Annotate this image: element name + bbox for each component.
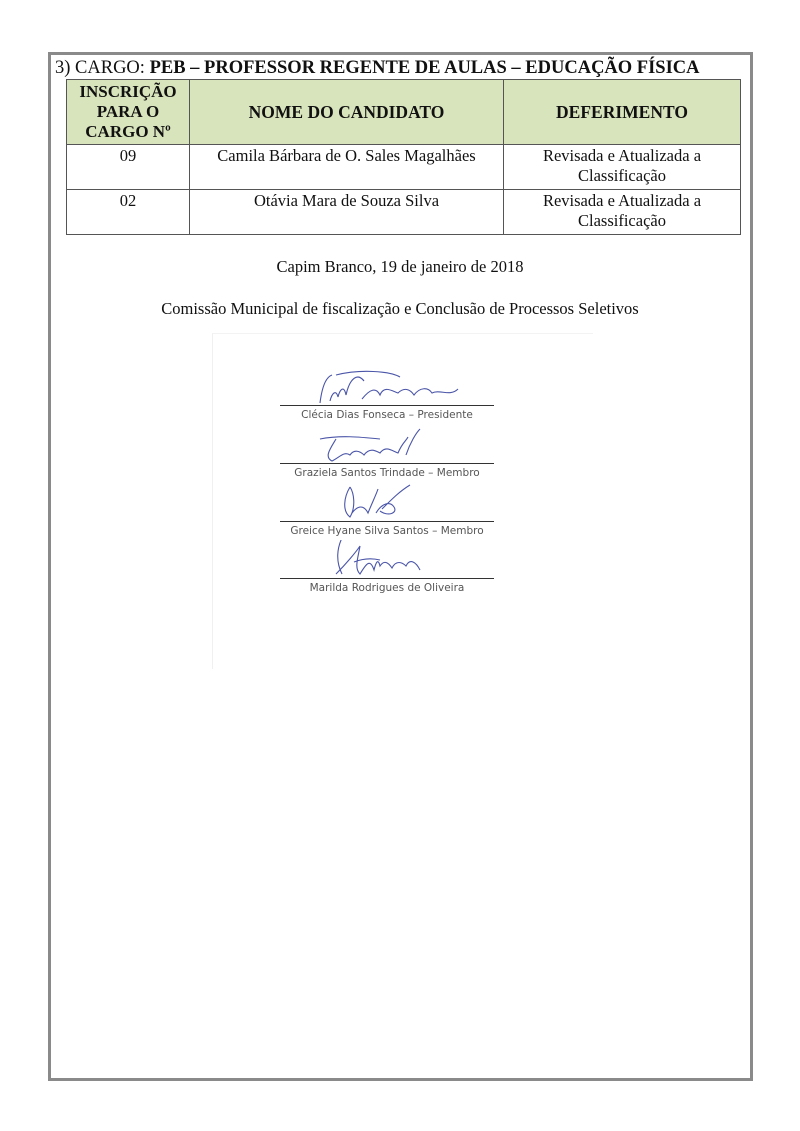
deferimento-line: Revisada e Atualizada a: [508, 146, 736, 166]
header-line: INSCRIÇÃO: [71, 82, 185, 102]
cell-deferimento: Revisada e Atualizada a Classificação: [504, 190, 741, 235]
results-table: INSCRIÇÃO PARA O CARGO Nº NOME DO CANDID…: [66, 79, 741, 235]
handwritten-signature-icon: [280, 483, 494, 523]
signatory-name: Clécia Dias Fonseca – Presidente: [280, 409, 494, 421]
table-header-row: INSCRIÇÃO PARA O CARGO Nº NOME DO CANDID…: [67, 80, 741, 145]
cargo-prefix: 3) CARGO:: [55, 58, 150, 78]
signature-block: Clécia Dias Fonseca – Presidente: [280, 405, 494, 421]
handwritten-signature-icon: [280, 425, 494, 465]
place-date: Capim Branco, 19 de janeiro de 2018: [0, 257, 800, 277]
header-line: PARA O: [71, 102, 185, 122]
cell-nome: Otávia Mara de Souza Silva: [190, 190, 504, 235]
deferimento-line: Revisada e Atualizada a: [508, 191, 736, 211]
handwritten-signature-icon: [280, 540, 494, 580]
header-nome: NOME DO CANDIDATO: [190, 80, 504, 145]
signatory-name: Greice Hyane Silva Santos – Membro: [280, 525, 494, 537]
deferimento-line: Classificação: [508, 166, 736, 186]
cell-nome: Camila Bárbara de O. Sales Magalhães: [190, 145, 504, 190]
deferimento-line: Classificação: [508, 211, 736, 231]
signatory-name: Graziela Santos Trindade – Membro: [280, 467, 494, 479]
header-deferimento: DEFERIMENTO: [504, 80, 741, 145]
signature-block: Graziela Santos Trindade – Membro: [280, 463, 494, 479]
cell-inscricao: 09: [67, 145, 190, 190]
header-line: CARGO Nº: [71, 122, 185, 142]
signature-block: Greice Hyane Silva Santos – Membro: [280, 521, 494, 537]
cell-inscricao: 02: [67, 190, 190, 235]
cell-deferimento: Revisada e Atualizada a Classificação: [504, 145, 741, 190]
signatory-name: Marilda Rodrigues de Oliveira: [280, 582, 494, 594]
handwritten-signature-icon: [280, 367, 494, 407]
commission-name: Comissão Municipal de fiscalização e Con…: [0, 299, 800, 319]
signature-block: Marilda Rodrigues de Oliveira: [280, 578, 494, 594]
table-row: 09 Camila Bárbara de O. Sales Magalhães …: [67, 145, 741, 190]
cargo-title: PEB – PROFESSOR REGENTE DE AULAS – EDUCA…: [150, 58, 700, 78]
cargo-heading: 3) CARGO: PEB – PROFESSOR REGENTE DE AUL…: [55, 57, 700, 79]
table-row: 02 Otávia Mara de Souza Silva Revisada e…: [67, 190, 741, 235]
header-inscricao: INSCRIÇÃO PARA O CARGO Nº: [67, 80, 190, 145]
